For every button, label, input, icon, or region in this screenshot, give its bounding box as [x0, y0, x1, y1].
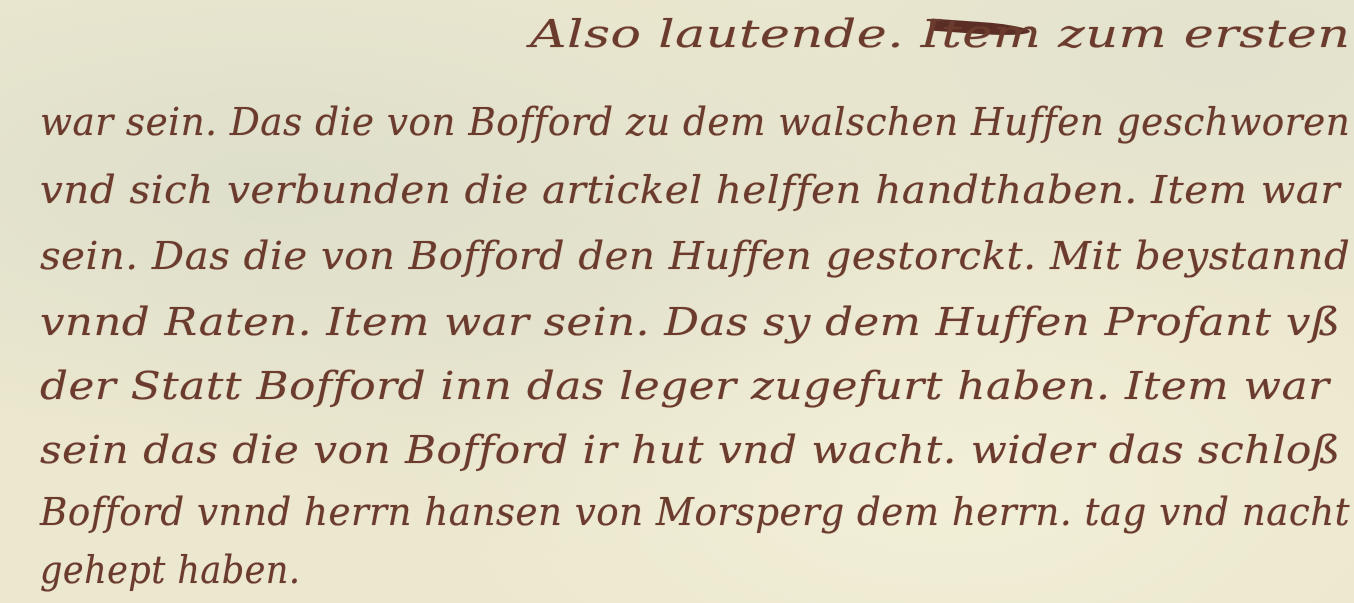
manuscript-line-2: war sein. Das die von Bofford zu dem wal…	[40, 100, 1350, 144]
manuscript-line-4: sein. Das die von Bofford den Huffen ges…	[40, 234, 1350, 278]
manuscript-line-7: sein das die von Bofford ir hut vnd wach…	[40, 428, 1341, 472]
manuscript-line-6: der Statt Bofford inn das leger zugefurt…	[40, 364, 1330, 408]
manuscript-line-5: vnnd Raten. Item war sein. Das sy dem Hu…	[40, 300, 1340, 344]
manuscript-page: Also lautende. Item zum ersten war sein.…	[0, 0, 1354, 603]
manuscript-line-8: Bofford vnnd herrn hansen von Morsperg d…	[40, 490, 1350, 534]
manuscript-line-9: gehept haben.	[40, 548, 300, 592]
manuscript-line-1: Also lautende. Item zum ersten	[530, 12, 1351, 56]
manuscript-line-3: vnd sich verbunden die artickel helffen …	[40, 168, 1340, 212]
